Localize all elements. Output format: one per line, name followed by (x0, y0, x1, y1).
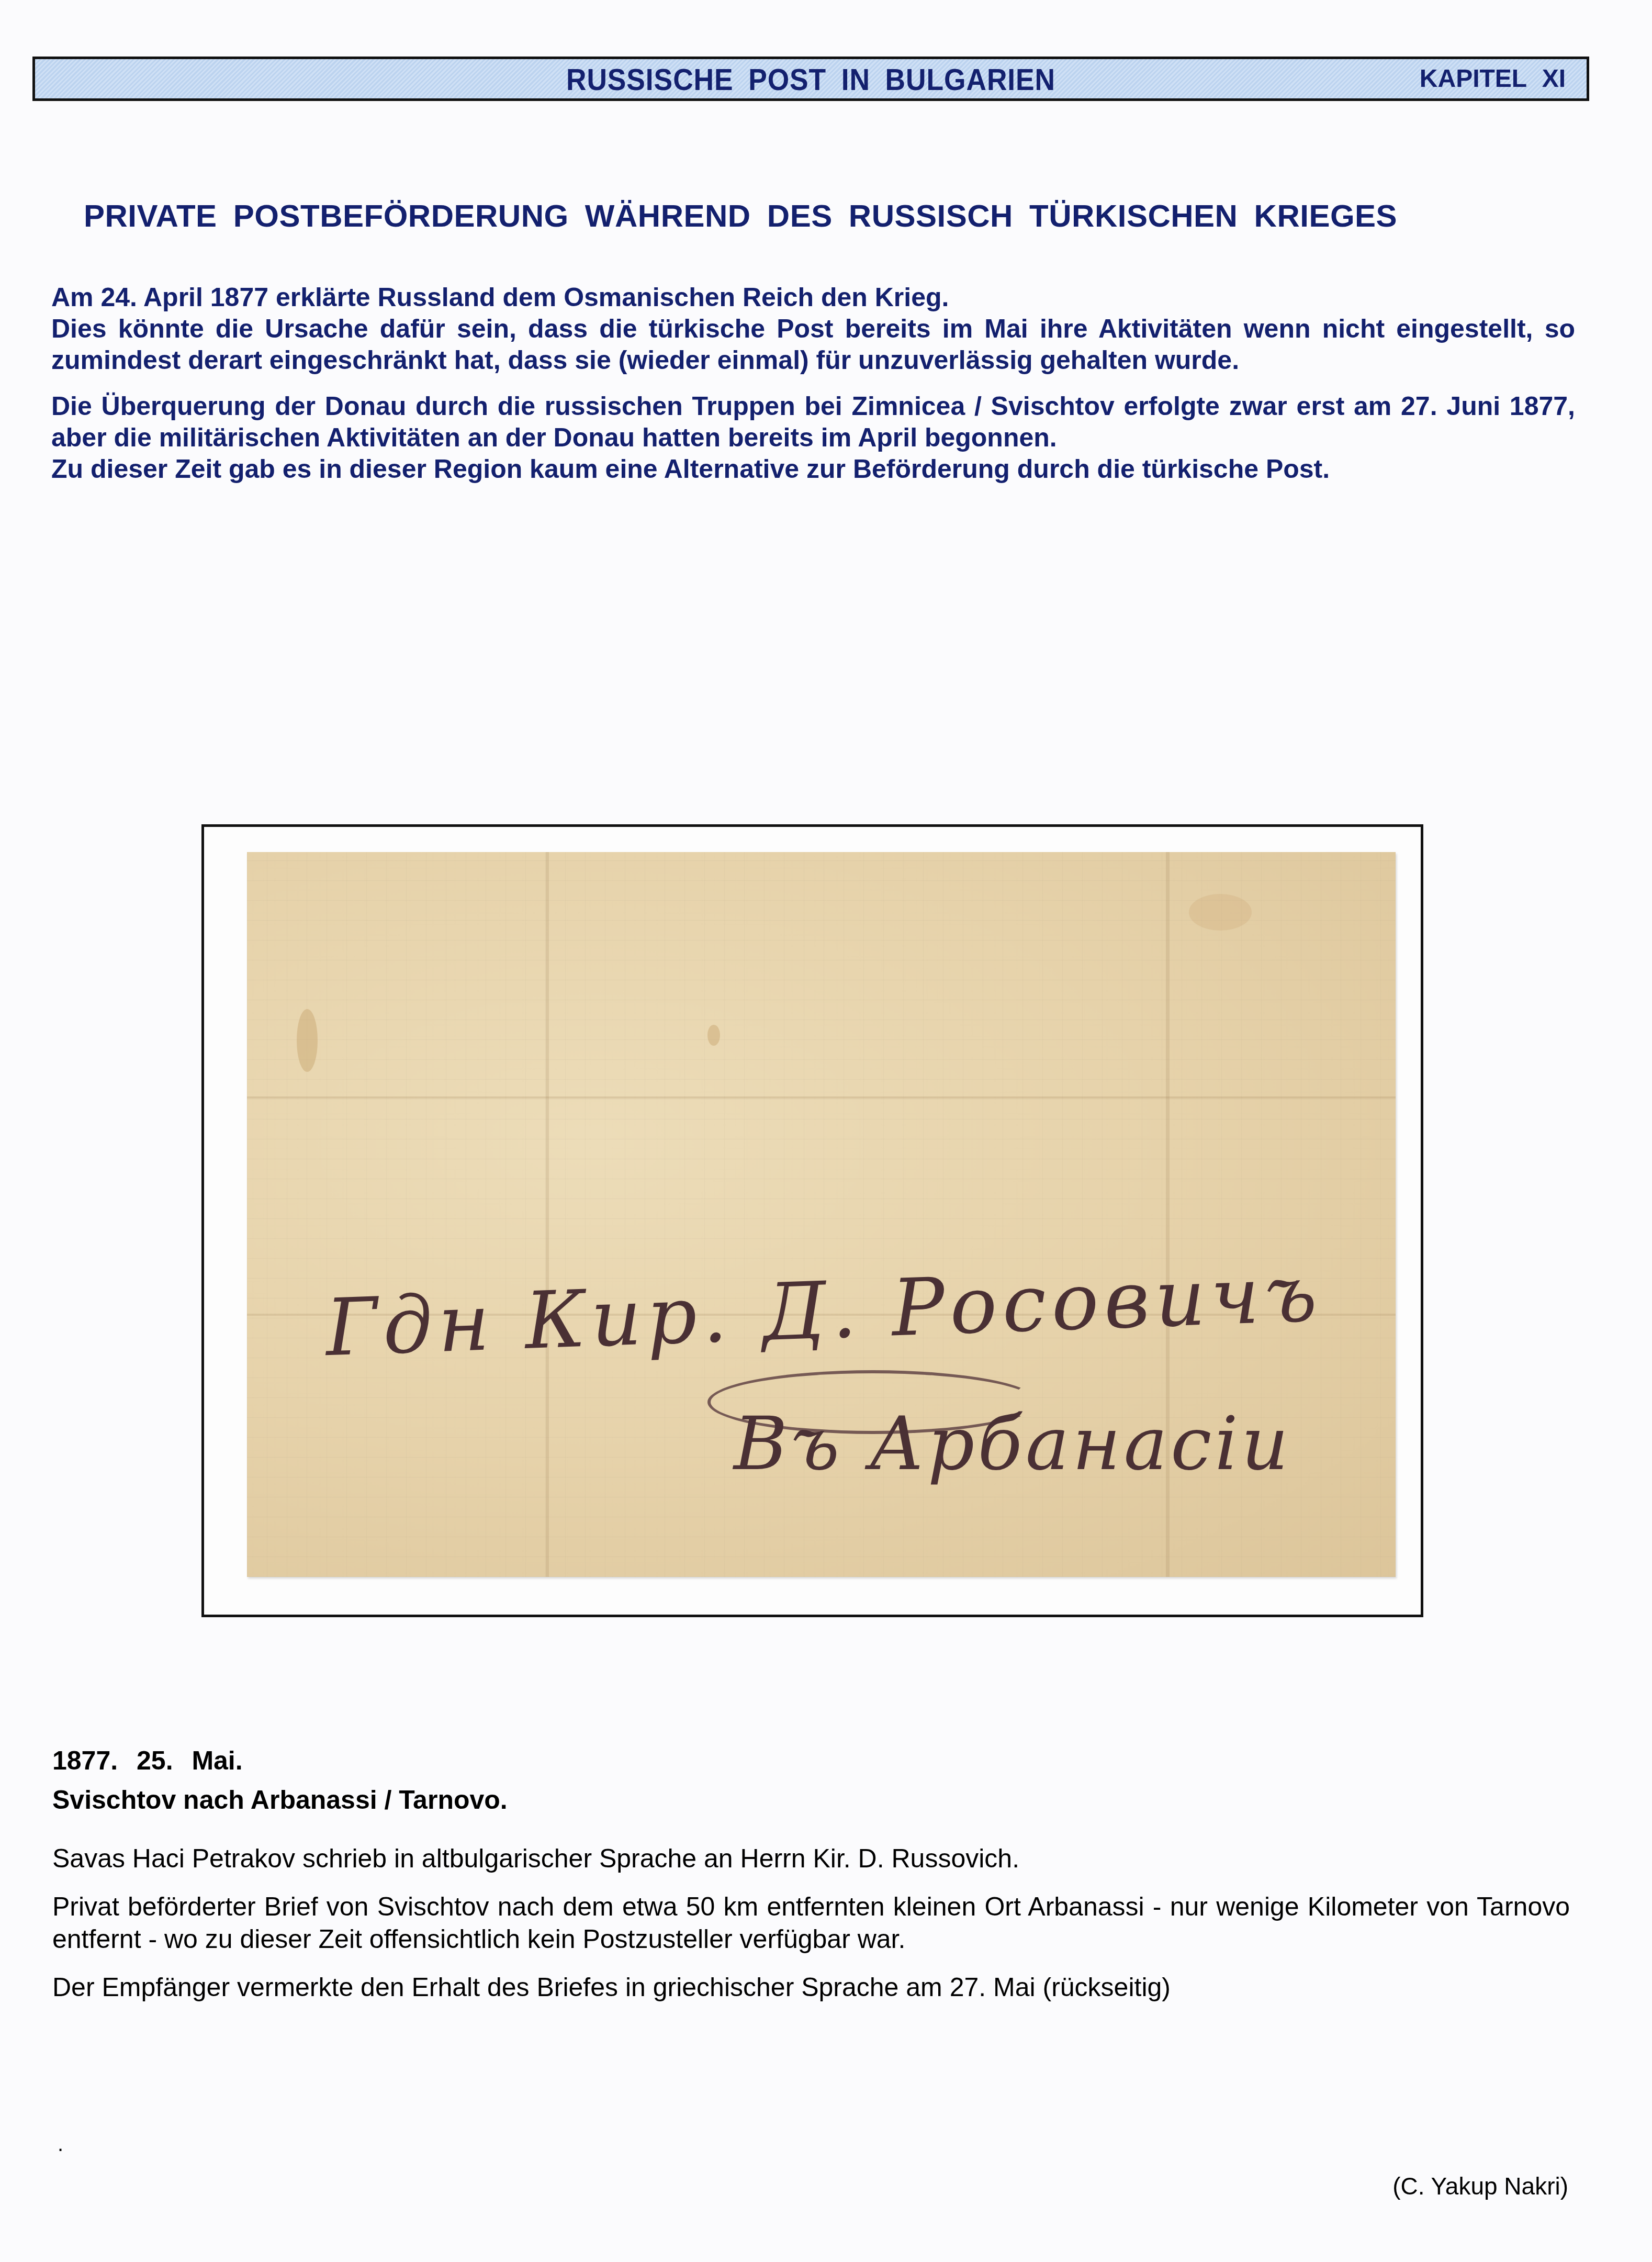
caption-paragraph: Savas Haci Petrakov schrieb in altbulgar… (52, 1842, 1570, 1875)
intro-paragraph: Dies könnte die Ursache dafür sein, dass… (51, 313, 1575, 376)
section-title: PRIVATE POSTBEFÖRDERUNG WÄHREND DES RUSS… (84, 198, 1549, 234)
stray-mark: . (58, 2133, 63, 2156)
stain (1189, 894, 1252, 931)
intro-paragraph: Am 24. April 1877 erklärte Russland dem … (51, 282, 1575, 313)
letter-image-frame: Гдн Кир. Д. Росовичъ Въ Арбанасiи (201, 824, 1423, 1617)
caption-date: 1877. 25. Mai. (52, 1745, 243, 1776)
caption-paragraph: Der Empfänger vermerkte den Erhalt des B… (52, 1971, 1570, 2003)
page-header-title: RUSSISCHE POST IN BULGARIEN (97, 62, 1525, 97)
intro-paragraph: Zu dieser Zeit gab es in dieser Region k… (51, 453, 1575, 485)
handwritten-address-destination: Въ Арбанасiи (734, 1402, 1291, 1487)
stain (707, 1025, 720, 1046)
intro-paragraph: Die Überquerung der Donau durch die russ… (51, 390, 1575, 453)
handwritten-address-recipient: Гдн Кир. Д. Росовичъ (324, 1248, 1324, 1374)
chapter-header-bar: RUSSISCHE POST IN BULGARIEN KAPITEL XI (32, 57, 1589, 101)
caption-paragraph: Privat beförderter Brief von Svischtov n… (52, 1890, 1570, 1955)
caption-body: Savas Haci Petrakov schrieb in altbulgar… (52, 1842, 1570, 2019)
caption-route: Svischtov nach Arbanassi / Tarnovo. (52, 1785, 508, 1815)
intro-text: Am 24. April 1877 erklärte Russland dem … (51, 282, 1575, 485)
chapter-label: KAPITEL XI (1420, 64, 1566, 93)
letter-image: Гдн Кир. Д. Росовичъ Въ Арбанасiи (247, 852, 1396, 1577)
author-signature: (C. Yakup Nakri) (1392, 2172, 1568, 2200)
stain (297, 1009, 318, 1072)
